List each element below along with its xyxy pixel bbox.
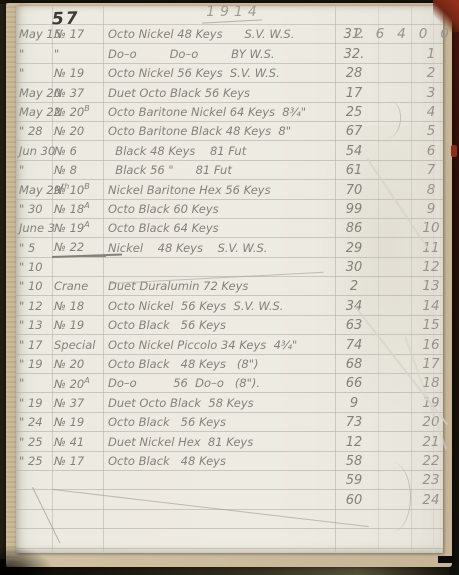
ledger-row bbox=[16, 529, 443, 548]
cell-desc: Octo Black 48 Keys bbox=[108, 453, 332, 470]
cell-date: " 13 bbox=[19, 317, 53, 334]
ledger-row: "№ 20ADo–o 56 Do–o (8").6618 bbox=[16, 374, 443, 393]
cell-qty: 74 bbox=[332, 337, 376, 354]
cell-no: № 18 bbox=[54, 298, 106, 315]
cell-desc: Duet Octo Black 56 Keys bbox=[108, 85, 332, 102]
cell-date: " 30 bbox=[19, 201, 53, 218]
ledger-row: " 25№ 17Octo Black 48 Keys5822 bbox=[16, 452, 443, 471]
cell-serial: 22 bbox=[410, 453, 452, 470]
ledger-row: " 19№ 37Duet Octo Black 58 Keys919 bbox=[16, 393, 443, 412]
cell-serial: 16 bbox=[410, 337, 452, 354]
cell-serial: 23 bbox=[410, 472, 452, 489]
cell-no: № 10B bbox=[54, 178, 106, 199]
cell-qty: 59 bbox=[332, 472, 376, 489]
cell-desc: Octo Baritone Nickel 64 Keys 8¾" bbox=[108, 104, 332, 121]
cell-date: June 3 bbox=[19, 220, 53, 237]
cell-serial: 1 bbox=[410, 46, 452, 63]
cell-serial: 2 bbox=[410, 65, 452, 82]
cell-date: " bbox=[19, 46, 53, 63]
cell-desc: Do–o Do–o BY W.S. bbox=[108, 46, 332, 63]
cell-qty: 67 bbox=[332, 123, 376, 140]
cell-serial: 24 bbox=[410, 492, 452, 509]
cell-no: № 20 bbox=[54, 356, 106, 373]
cell-qty: 60 bbox=[332, 492, 376, 509]
cell-qty: 54 bbox=[332, 143, 376, 160]
cell-date: " bbox=[19, 375, 53, 392]
ledger-row: May 15№ 17Octo Nickel 48 Keys S.V. W.S.3… bbox=[16, 25, 443, 44]
cell-qty: 66 bbox=[332, 375, 376, 392]
cell-date: " 10 bbox=[19, 259, 53, 276]
cell-date: " 24 bbox=[19, 414, 53, 431]
cell-no: Crane bbox=[54, 278, 106, 295]
cell-desc: Octo Nickel 56 Keys S.V. W.S. bbox=[108, 298, 332, 315]
cell-date: " 19 bbox=[19, 356, 53, 373]
ledger-photo: 57 1914 May 15№ 17Octo Nickel 48 Keys S.… bbox=[0, 0, 459, 575]
cell-qty: 17 bbox=[332, 85, 376, 102]
cell-no: № 19 bbox=[54, 317, 106, 334]
cell-desc: Octo Nickel Piccolo 34 Keys 4¾" bbox=[108, 337, 332, 354]
cell-no: № 19 bbox=[54, 414, 106, 431]
cell-desc: Nickel 48 Keys S.V. W.S. bbox=[108, 240, 332, 257]
year-underline bbox=[202, 19, 262, 23]
cell-desc: Black 48 Keys 81 Fut bbox=[108, 143, 332, 160]
edge-notch bbox=[438, 556, 454, 563]
cell-date: " bbox=[19, 65, 53, 82]
cell-qty: 58 bbox=[332, 453, 376, 470]
cell-date: May 22 bbox=[19, 104, 53, 121]
cell-qty: 68 bbox=[332, 356, 376, 373]
cell-no: № 17 bbox=[54, 26, 106, 43]
cell-no: № 6 bbox=[54, 143, 106, 160]
cell-serial: 6 bbox=[410, 143, 452, 160]
cell-no: № 41 bbox=[54, 434, 106, 451]
corner-shadow bbox=[0, 545, 56, 575]
ledger-row: " 28№ 20Octo Baritone Black 48 Keys 8"67… bbox=[16, 122, 443, 141]
cell-date: May 29th bbox=[19, 178, 53, 199]
ledger-row: " 12№ 18Octo Nickel 56 Keys S.V. W.S.341… bbox=[16, 296, 443, 315]
ledger-row bbox=[16, 510, 443, 529]
cell-no: Special bbox=[54, 337, 106, 354]
cell-date: May 20 bbox=[19, 85, 53, 102]
ledger-row: June 3№ 19AOcto Black 64 Keys8610 bbox=[16, 219, 443, 238]
cell-date: " 19 bbox=[19, 395, 53, 412]
cell-date: " 5 bbox=[19, 240, 53, 257]
cell-date: " 17 bbox=[19, 337, 53, 354]
cell-date: " 28 bbox=[19, 123, 53, 140]
ledger-row: " 10CraneDuet Duralumin 72 Keys213 bbox=[16, 277, 443, 296]
cell-serial: 4 bbox=[410, 104, 452, 121]
cell-date: Jun 30 bbox=[19, 143, 53, 160]
cell-serial: 12 bbox=[410, 259, 452, 276]
cell-date: " 12 bbox=[19, 298, 53, 315]
cell-serial: 8 bbox=[410, 182, 452, 199]
cell-qty: 32. bbox=[332, 46, 376, 63]
cell-serial: 7 bbox=[410, 162, 452, 179]
cell-no: № 37 bbox=[54, 395, 106, 412]
cell-qty: 29 bbox=[332, 240, 376, 257]
cell-serial: 14 bbox=[410, 298, 452, 315]
cell-desc: Octo Black 56 Keys bbox=[108, 414, 332, 431]
cell-desc: Duet Octo Black 58 Keys bbox=[108, 395, 332, 412]
ledger-row: ""Do–o Do–o BY W.S.32.1 bbox=[16, 44, 443, 63]
ledger-row: May 22№ 20BOcto Baritone Nickel 64 Keys … bbox=[16, 103, 443, 122]
ledger-row: "№ 19Octo Nickel 56 Keys S.V. W.S.282 bbox=[16, 64, 443, 83]
cell-desc: Black 56 " 81 Fut bbox=[108, 162, 332, 179]
cell-qty: 86 bbox=[332, 220, 376, 237]
cell-date: " 25 bbox=[19, 434, 53, 451]
cell-no: № 8 bbox=[54, 162, 106, 179]
cell-no: № 18A bbox=[54, 197, 106, 218]
ledger-row: 5923 bbox=[16, 471, 443, 490]
cell-no: " bbox=[54, 46, 106, 63]
ledger-row: " 103012 bbox=[16, 258, 443, 277]
cell-no: № 20B bbox=[54, 100, 106, 121]
cell-qty: 99 bbox=[332, 201, 376, 218]
cell-qty: 70 bbox=[332, 182, 376, 199]
cell-no: № 20A bbox=[54, 372, 106, 393]
cell-serial: 11 bbox=[410, 240, 452, 257]
cell-desc: Nickel Baritone Hex 56 Keys bbox=[108, 182, 332, 199]
ledger-row: " 13№ 19Octo Black 56 Keys6315 bbox=[16, 316, 443, 335]
cell-desc: Octo Black 48 Keys (8") bbox=[108, 356, 332, 373]
cell-serial: 5 bbox=[410, 123, 452, 140]
cell-no: № 19 bbox=[54, 65, 106, 82]
cell-qty: 73 bbox=[332, 414, 376, 431]
ledger-row: " 24№ 19Octo Black 56 Keys7320 bbox=[16, 413, 443, 432]
cell-desc: Duet Nickel Hex 81 Keys bbox=[108, 434, 332, 451]
ledger-row: Jun 30№ 6 Black 48 Keys 81 Fut546 bbox=[16, 141, 443, 160]
cell-desc: Octo Nickel 56 Keys S.V. W.S. bbox=[108, 65, 332, 82]
cell-no: № 20 bbox=[54, 123, 106, 140]
cell-desc: Octo Black 60 Keys bbox=[108, 201, 332, 218]
ledger-rows: May 15№ 17Octo Nickel 48 Keys S.V. W.S.3… bbox=[16, 24, 443, 549]
cell-serial: 15 bbox=[410, 317, 452, 334]
cell-desc: Do–o 56 Do–o (8"). bbox=[108, 375, 332, 392]
cell-no: № 19A bbox=[54, 216, 106, 237]
year-heading: 1914 bbox=[174, 4, 294, 20]
cell-qty: 25 bbox=[332, 104, 376, 121]
cell-no: № 37 bbox=[54, 85, 106, 102]
cell-date: " 25 bbox=[19, 453, 53, 470]
cell-date: " 10 bbox=[19, 278, 53, 295]
cell-qty: 30 bbox=[332, 259, 376, 276]
cell-serial: 3 bbox=[410, 85, 452, 102]
ledger-page: 57 1914 May 15№ 17Octo Nickel 48 Keys S.… bbox=[16, 6, 443, 553]
cell-serial: 13 bbox=[410, 278, 452, 295]
cell-no: № 17 bbox=[54, 453, 106, 470]
ledger-row: " 25№ 41Duet Nickel Hex 81 Keys1221 bbox=[16, 432, 443, 451]
cell-serial: 9 bbox=[410, 201, 452, 218]
binding-notch bbox=[451, 145, 457, 157]
cell-qty: 12 bbox=[332, 434, 376, 451]
cell-qty: 28 bbox=[332, 65, 376, 82]
cell-desc: Octo Black 56 Keys bbox=[108, 317, 332, 334]
cell-desc: Octo Nickel 48 Keys S.V. W.S. bbox=[108, 26, 332, 43]
cell-qty: 9 bbox=[332, 395, 376, 412]
cell-date: " bbox=[19, 162, 53, 179]
cell-desc: Octo Black 64 Keys bbox=[108, 220, 332, 237]
cell-desc: Octo Baritone Black 48 Keys 8" bbox=[108, 123, 332, 140]
cell-date: May 15 bbox=[19, 26, 53, 43]
cell-qty: 2 bbox=[332, 278, 376, 295]
